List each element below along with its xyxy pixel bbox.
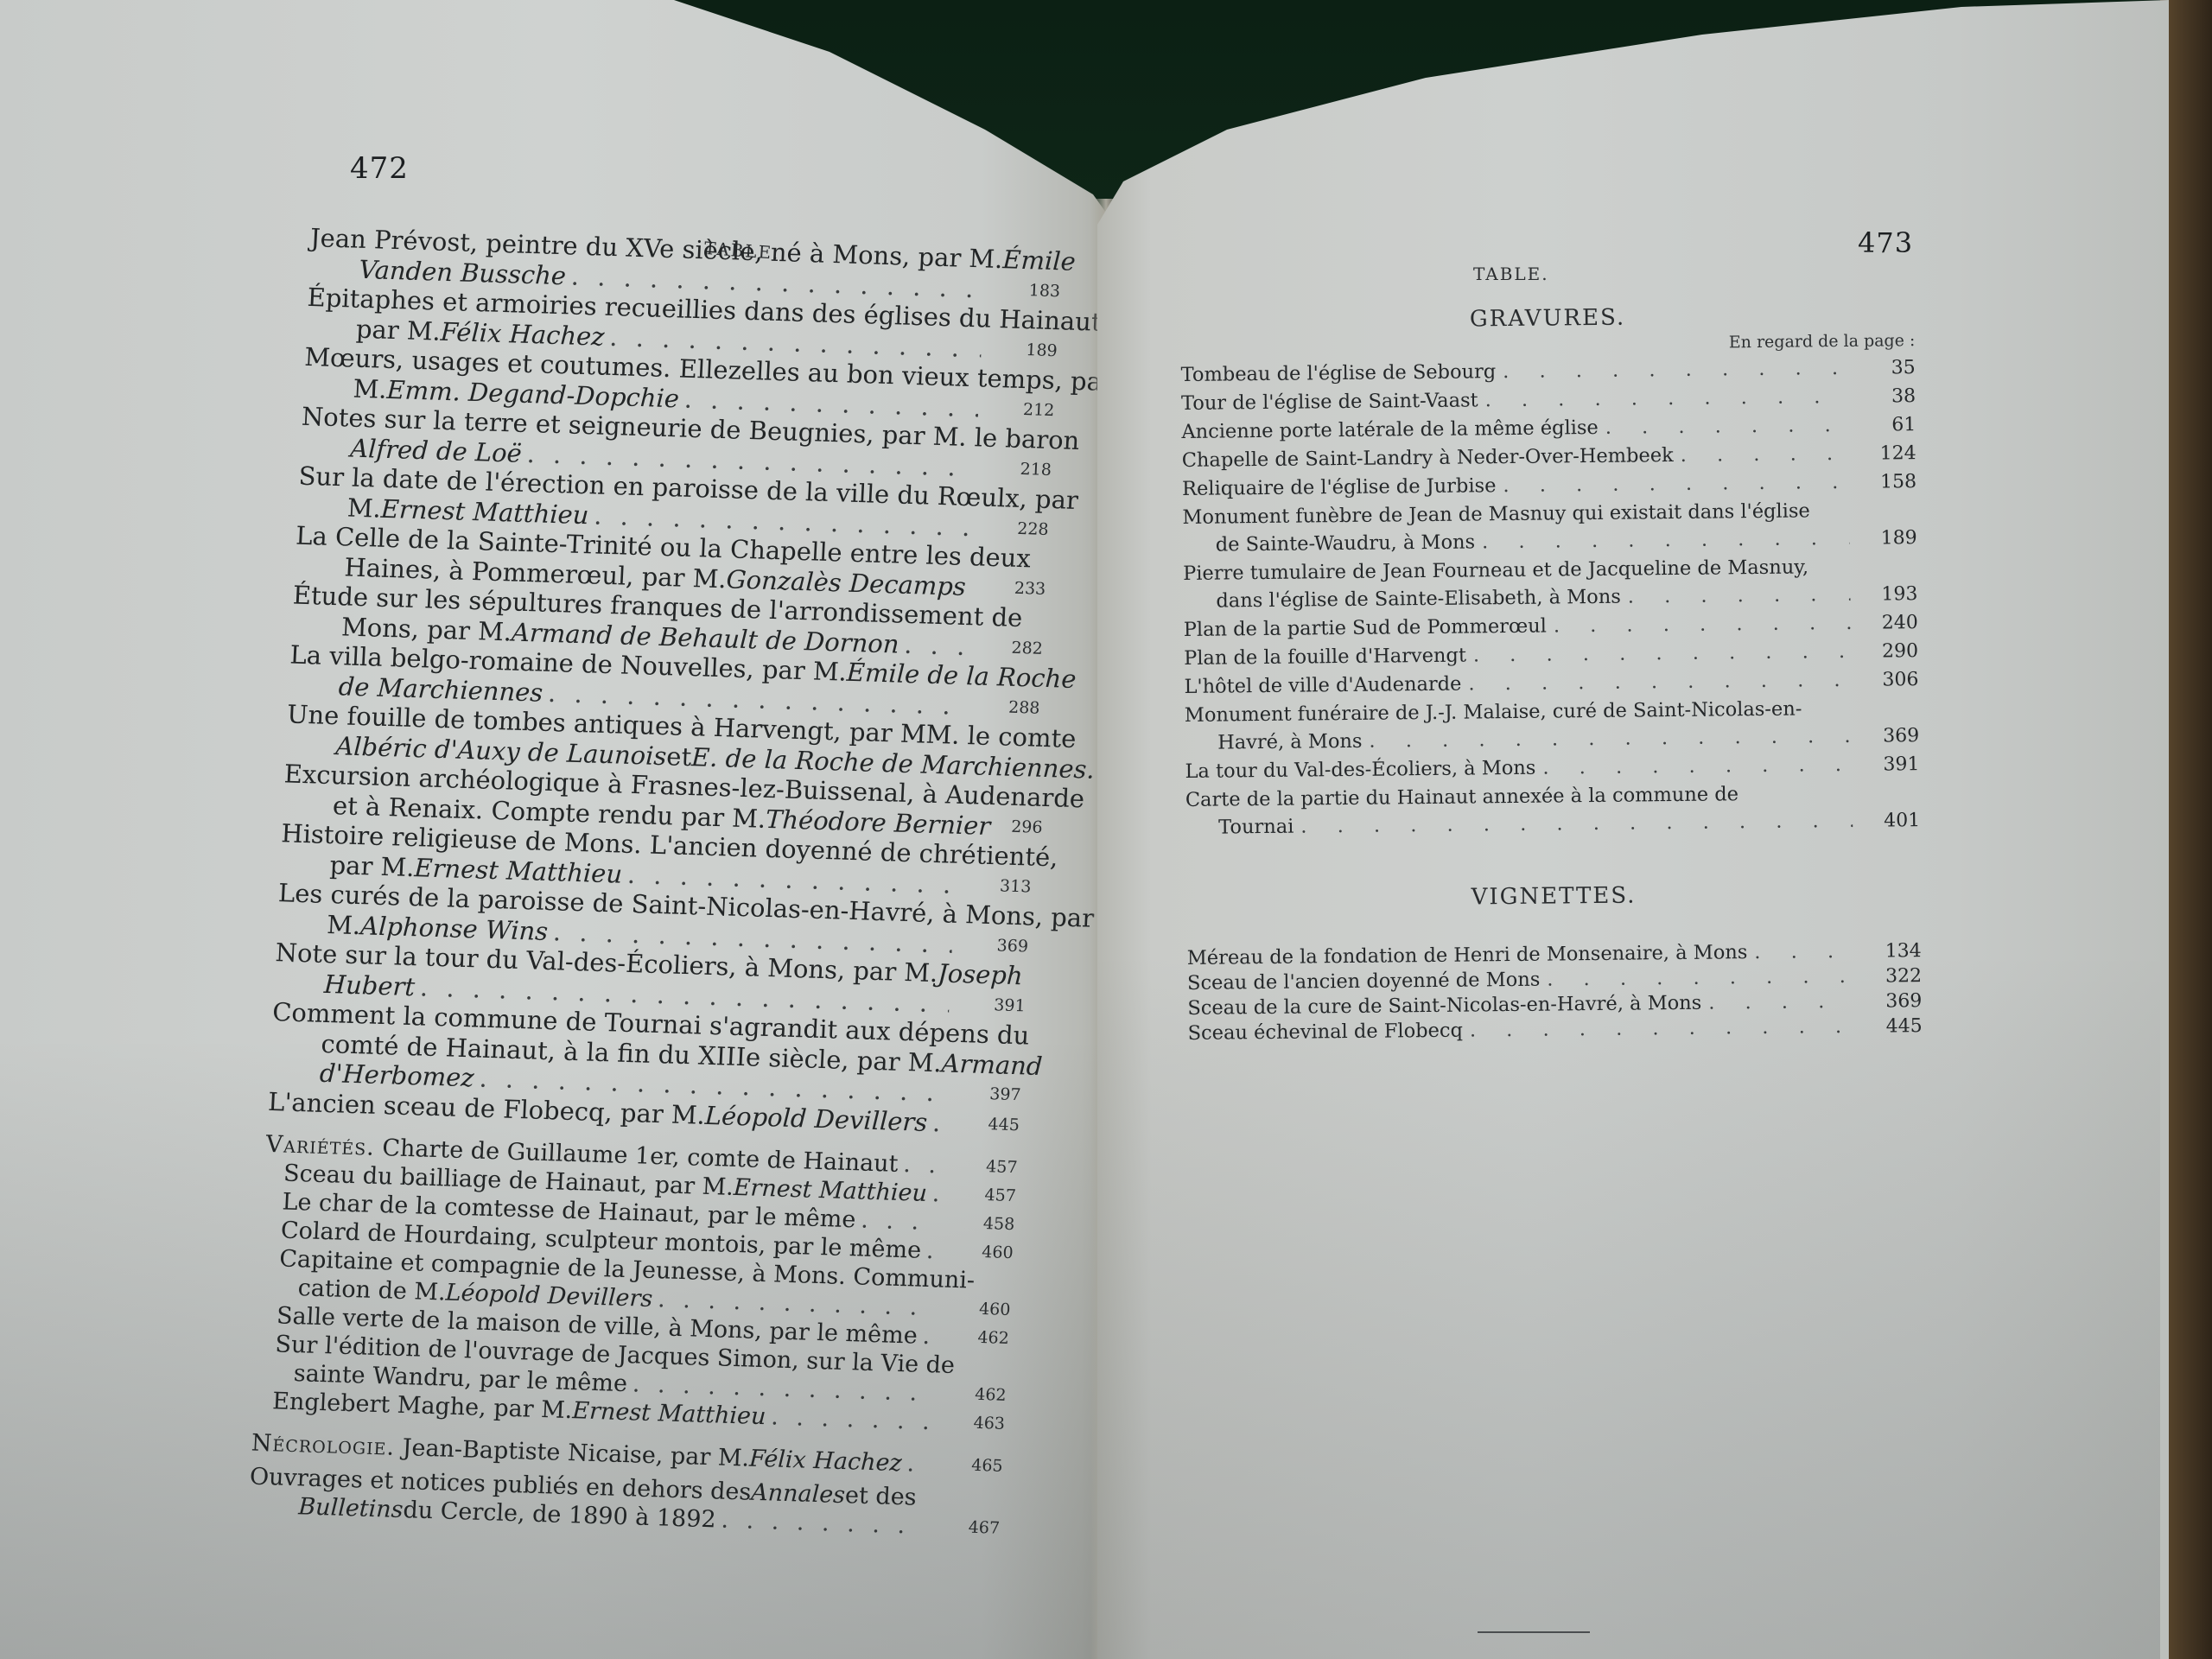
illustration-page: 290 [1858,638,1918,666]
dot-leader [970,572,972,601]
dot-leader [906,1449,927,1478]
illustration-page: 38 [1855,383,1916,411]
list-of-illustrations: GRAVURES. En regard de la page : Tombeau… [1179,226,1923,1046]
illustration-title: Tombeau de l'église de Sebourg [1181,358,1497,389]
toc-page-number: 189 [986,334,1058,365]
toc-page-number: 462 [935,1379,1007,1410]
dot-leader [1708,989,1854,1016]
vignette-title: Sceau échevinal de Flobecq [1188,1019,1464,1046]
gravures-list: Tombeau de l'église de Sebourg35 Tour de… [1181,353,1921,842]
vignette-title: Sceau de l'ancien doyenné de Mons [1187,968,1541,996]
illustration-title: Tournai [1218,813,1294,842]
dot-leader [1605,411,1849,442]
toc-page-number: 462 [938,1322,1010,1353]
toc-page-number: 296 [1000,811,1043,842]
dot-leader [1503,354,1848,385]
dot-leader [771,1402,930,1436]
illustration-title: La tour du Val-des-Écoliers, à Mons [1185,754,1535,785]
toc-page-number: 369 [957,929,1029,961]
toc-entry-text: et des [844,1481,917,1512]
dot-leader [904,629,968,661]
dot-leader [861,1206,939,1237]
dot-leader [1503,468,1849,499]
vignette-page: 369 [1861,988,1922,1014]
illustration-title: Reliquaire de l'église de Jurbise [1182,472,1497,503]
toc-page-number: 218 [980,453,1052,485]
dot-leader [931,1108,944,1138]
illustration-page: 61 [1855,411,1916,440]
illustration-page: 391 [1859,751,1919,779]
dot-leader [903,1150,943,1179]
toc-page-number: 467 [928,1512,1001,1543]
dot-leader [922,1322,934,1351]
illustration-title: de Sainte-Waudru, à Mons [1216,528,1476,558]
illustration-page: 193 [1857,581,1917,609]
illustration-page: 124 [1856,440,1916,468]
toc-page-number: 212 [982,393,1055,425]
illustration-title: L'hôtel de ville d'Audenarde [1184,671,1461,701]
dot-leader [1482,524,1850,556]
toc-entry-text: par M. [329,850,415,883]
toc-page-number: 457 [946,1152,1019,1183]
section-label-varietes: Variétés. [265,1130,376,1162]
illustration-title: Havré, à Mons [1217,728,1363,757]
illustration-title: Chapelle de Saint-Landry à Neder-Over-He… [1182,442,1674,474]
toc-page-number: 282 [971,632,1044,664]
dot-leader [1470,1014,1855,1044]
dot-leader [1754,939,1854,965]
toc-page-number: 233 [976,572,1046,604]
toc-page-number: 445 [948,1108,1020,1140]
varietes-section: Variétés. Charte de Guillaume 1er, comte… [253,1130,1019,1439]
toc-page-number: 391 [954,988,1027,1020]
illustration-page: 240 [1858,609,1918,638]
dot-leader [1681,440,1849,469]
toc-page-number: 397 [950,1078,1022,1110]
section-title-vignettes: VIGNETTES. [1186,880,1921,913]
dot-leader [1547,964,1854,993]
dot-leader [1473,638,1852,670]
dot-leader [995,811,996,841]
toc-entry-author: Hubert [323,969,416,1001]
illustration-page: 306 [1858,666,1918,695]
illustration-page: 158 [1856,468,1916,497]
toc-page-number: 313 [960,869,1033,901]
vignette-page: 134 [1861,938,1922,964]
left-page: 472 TABLE. Jean Prévost, peintre du XVe … [0,0,1115,1659]
toc-page-number: 288 [969,691,1041,723]
illustration-title: Plan de la partie Sud de Pommerœul [1184,613,1547,644]
toc-page-number: 183 [988,274,1061,306]
dot-leader [1300,807,1853,841]
illustration-title: Ancienne porte latérale de la même églis… [1181,414,1599,446]
toc-entry-italic: Annales [750,1478,845,1510]
toc-entry-text: M. [346,493,382,524]
toc-entry-author: Félix Hachez [748,1445,902,1478]
end-rule [1478,1631,1590,1633]
illustration-page: 189 [1857,524,1917,553]
illustration-page: 369 [1859,722,1919,751]
toc-entry-text: par M. [355,314,441,346]
dot-leader [1554,609,1851,640]
dot-leader [1468,666,1851,698]
column-header-page: En regard de la page : [1180,331,1915,358]
toc-page-number: 465 [931,1450,1004,1481]
toc-entry-author: d'Herbomez [319,1058,474,1093]
toc-entry-author: Joseph [937,958,1023,991]
illustration-title: Plan de la fouille d'Harvengt [1184,642,1466,672]
toc-entry-text: M. [327,909,362,940]
vignette-page: 322 [1861,963,1922,989]
toc-entry-author: Émile [1002,245,1077,276]
illustration-page: 401 [1859,807,1920,836]
illustration-page: 35 [1855,354,1916,383]
toc-page-number: 460 [939,1294,1012,1325]
toc-page-number: 458 [943,1209,1015,1240]
dot-leader [721,1506,925,1541]
illustration-title: Tour de l'église de Saint-Vaast [1181,386,1478,417]
dot-leader [931,1179,941,1208]
toc-entry-text: cation de M. [297,1274,447,1306]
toc-page-number: 463 [933,1408,1006,1439]
toc-entry-author: Félix Hachez [440,316,605,351]
toc-entry-italic: Bulletins [298,1492,404,1524]
section-title-gravures: GRAVURES. [1180,302,1915,335]
dot-leader [1369,722,1852,755]
dot-leader [1628,581,1851,611]
toc-page-number: 228 [977,512,1050,544]
dot-leader [1542,751,1852,782]
vignettes-list: Méreau de la fondation de Henri de Monse… [1187,938,1923,1046]
illustration-title: dans l'église de Sainte-Elisabeth, à Mon… [1216,583,1621,615]
dot-leader [1484,383,1848,414]
toc-page-number: 457 [944,1180,1017,1211]
page-number-left: 472 [350,151,409,186]
vignette-page: 445 [1862,1014,1923,1039]
table-of-contents-left: Jean Prévost, peintre du XVe siècle, né … [248,223,1063,1543]
toc-entry-text: et [666,741,692,772]
toc-entry-author: Armand [941,1048,1043,1081]
toc-entry-text: M. [353,373,388,404]
toc-page-number: 460 [942,1237,1014,1268]
toc-entry-author: Ernest Matthieu [572,1396,767,1431]
section-label-necrologie: Nécrologie. [251,1429,396,1462]
dot-leader [925,1236,938,1265]
